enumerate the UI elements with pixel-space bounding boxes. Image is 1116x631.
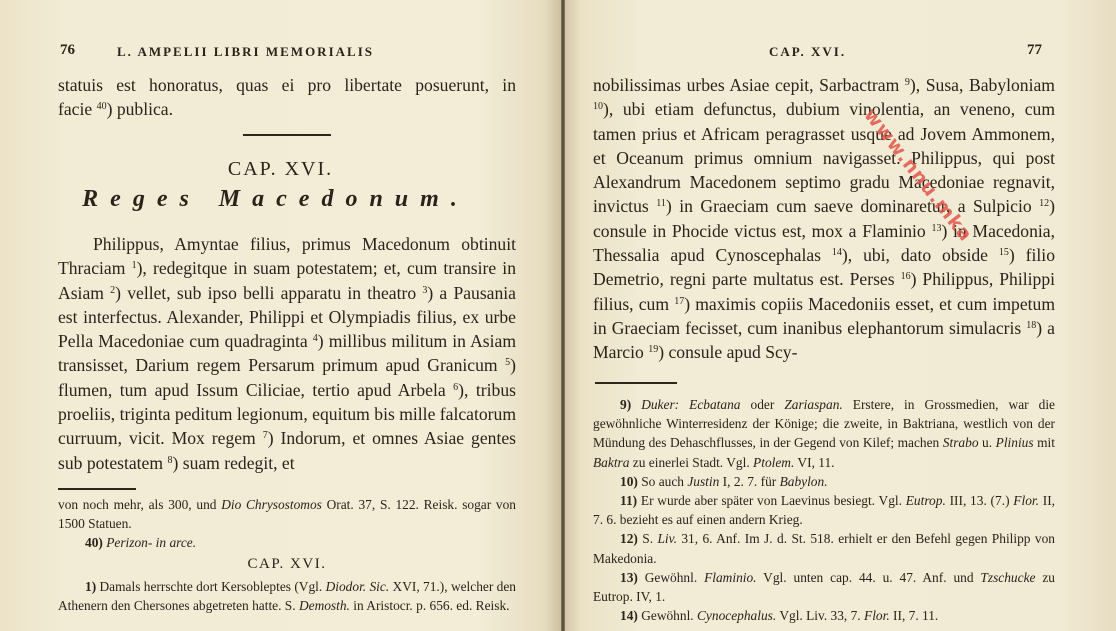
footnote-ref: 18 bbox=[1026, 320, 1036, 331]
footnote-40: 40) Perizon- in arce. bbox=[58, 533, 516, 552]
footnote-ref: 10 bbox=[593, 101, 603, 112]
running-head: CAP. XVI. bbox=[769, 44, 846, 60]
footnote-12: 12) S. Liv. 31, 6. Anf. Im J. d. St. 518… bbox=[593, 529, 1055, 567]
footnote-ref: 14 bbox=[832, 247, 842, 258]
right-page: CAP. XVI. 77 nobilissimas urbes Asiae ce… bbox=[565, 0, 1116, 631]
opening-text: statuis est honoratus, quas ei pro liber… bbox=[58, 73, 516, 122]
footnote-13: 13) Gewöhnl. Flaminio. Vgl. unten cap. 4… bbox=[593, 568, 1055, 606]
footnote-ref: 16 bbox=[901, 271, 911, 282]
footnote-divider bbox=[58, 488, 136, 490]
text-line: facie 40) publica. bbox=[58, 97, 516, 121]
footnote-ref: 15 bbox=[999, 247, 1009, 258]
book-spread: 76 L. AMPELII LIBRI MEMORIALIS statuis e… bbox=[0, 0, 1116, 631]
section-title: Reges Macedonum. bbox=[0, 186, 556, 213]
footnotes: 9) Duker: Ecbatana oder Zariaspan. Erste… bbox=[593, 395, 1055, 625]
footnote-ref: 17 bbox=[674, 296, 684, 307]
footnote-ref: 11 bbox=[656, 198, 666, 209]
footnote-ref: 13 bbox=[931, 223, 941, 234]
footnote-ref: 40 bbox=[97, 101, 107, 112]
main-paragraph: nobilissimas urbes Asiae cepit, Sarbactr… bbox=[593, 73, 1055, 365]
footnote-11: 11) Er wurde aber später von Laevinus be… bbox=[593, 491, 1055, 529]
paragraph: Philippus, Amyntae filius, primus Macedo… bbox=[58, 232, 516, 475]
footnote-14: 14) Gewöhnl. Cynocephalus. Vgl. Liv. 33,… bbox=[593, 606, 1055, 625]
paragraph: nobilissimas urbes Asiae cepit, Sarbactr… bbox=[593, 73, 1055, 365]
footnote-1: 1) Damals herrschte dort Kersobleptes (V… bbox=[58, 577, 516, 615]
footnote-ref: 12 bbox=[1039, 198, 1049, 209]
footnote-chapter-heading: CAP. XVI. bbox=[58, 555, 516, 574]
text-line: statuis est honoratus, quas ei pro liber… bbox=[58, 73, 516, 97]
footnote-divider bbox=[595, 382, 677, 384]
section-divider bbox=[243, 134, 331, 136]
page-number: 77 bbox=[1027, 42, 1042, 59]
main-paragraph: Philippus, Amyntae filius, primus Macedo… bbox=[58, 232, 516, 475]
footnote-10: 10) So auch Justin I, 2. 7. für Babylon. bbox=[593, 472, 1055, 491]
footnote-continuation: von noch mehr, als 300, und Dio Chrysost… bbox=[58, 495, 516, 533]
left-page: 76 L. AMPELII LIBRI MEMORIALIS statuis e… bbox=[0, 0, 561, 631]
chapter-heading: CAP. XVI. bbox=[0, 158, 561, 181]
page-number: 76 bbox=[60, 42, 75, 59]
footnote-9: 9) Duker: Ecbatana oder Zariaspan. Erste… bbox=[593, 395, 1055, 472]
footnote-ref: 19 bbox=[648, 344, 658, 355]
running-head: L. AMPELII LIBRI MEMORIALIS bbox=[117, 44, 374, 60]
footnotes: von noch mehr, als 300, und Dio Chrysost… bbox=[58, 495, 516, 615]
